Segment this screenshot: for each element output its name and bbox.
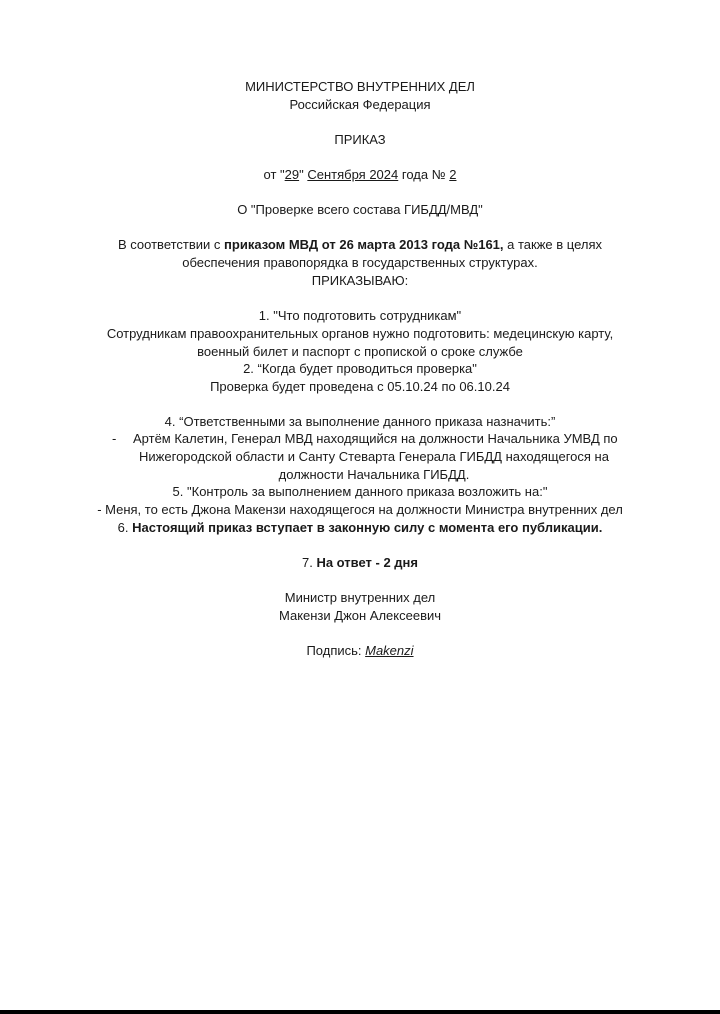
item-7-number: 7. (302, 555, 316, 570)
item-6-text: Настоящий приказ вступает в законную сил… (132, 520, 602, 535)
preamble-line-1: В соответствии с приказом МВД от 26 март… (0, 236, 720, 254)
subject-line: О "Проверке всего состава ГИБДД/МВД" (0, 201, 720, 219)
ministry-heading: МИНИСТЕРСТВО ВНУТРЕННИХ ДЕЛ (0, 78, 720, 96)
date-mid: года № (398, 167, 449, 182)
item-7: 7. На ответ - 2 дня (0, 554, 720, 572)
preamble-lead: В соответствии с (118, 237, 224, 252)
signature-label: Подпись: (306, 643, 365, 658)
item-4-bullet: - Артём Калетин, Генерал МВД находящийся… (0, 430, 720, 448)
item-1-title: 1. "Что подготовить сотрудникам" (0, 307, 720, 325)
order-word: ПРИКАЗЫВАЮ: (0, 272, 720, 290)
country-heading: Российская Федерация (0, 96, 720, 114)
item-6: 6. Настоящий приказ вступает в законную … (0, 519, 720, 537)
date-prefix: от " (264, 167, 285, 182)
item-6-number: 6. (118, 520, 132, 535)
item-4-text-line-3: должности Начальника ГИБДД. (14, 466, 720, 484)
order-number: 2 (449, 167, 456, 182)
date-line: от "29" Сентября 2024 года № 2 (0, 166, 720, 184)
item-1-text-line-2: военный билет и паспорт с пропиской о ср… (0, 343, 720, 361)
preamble-tail: а также в целях (504, 237, 602, 252)
item-5-text: - Меня, то есть Джона Макензи находящего… (0, 501, 720, 519)
document-page: МИНИСТЕРСТВО ВНУТРЕННИХ ДЕЛ Российская Ф… (0, 0, 720, 1010)
signer-position: Министр внутренних дел (0, 589, 720, 607)
item-1-text-line-1: Сотрудникам правоохранительных органов н… (0, 325, 720, 343)
item-2-text: Проверка будет проведена с 05.10.24 по 0… (0, 378, 720, 396)
bullet-dash: - (112, 430, 116, 448)
item-2-title: 2. “Когда будет проводиться проверка" (0, 360, 720, 378)
item-4-text-line-1: Артём Калетин, Генерал МВД находящийся н… (133, 430, 618, 448)
signer-name: Макензи Джон Алексеевич (0, 607, 720, 625)
item-4-text-line-2: Нижегородской области и Санту Стеварта Г… (14, 448, 720, 466)
document-type-title: ПРИКАЗ (0, 131, 720, 149)
preamble-reference: приказом МВД от 26 марта 2013 года №161, (224, 237, 504, 252)
date-month-year: Сентября 2024 (307, 167, 398, 182)
item-4-title: 4. “Ответственными за выполнение данного… (0, 413, 720, 431)
signature-line: Подпись: Makenzi (0, 642, 720, 660)
date-day: 29 (285, 167, 299, 182)
bottom-edge-bar (0, 1010, 720, 1014)
preamble-line-2: обеспечения правопорядка в государственн… (0, 254, 720, 272)
signature-value: Makenzi (365, 643, 413, 658)
item-7-text: На ответ - 2 дня (316, 555, 418, 570)
item-5-title: 5. "Контроль за выполнением данного прик… (0, 483, 720, 501)
